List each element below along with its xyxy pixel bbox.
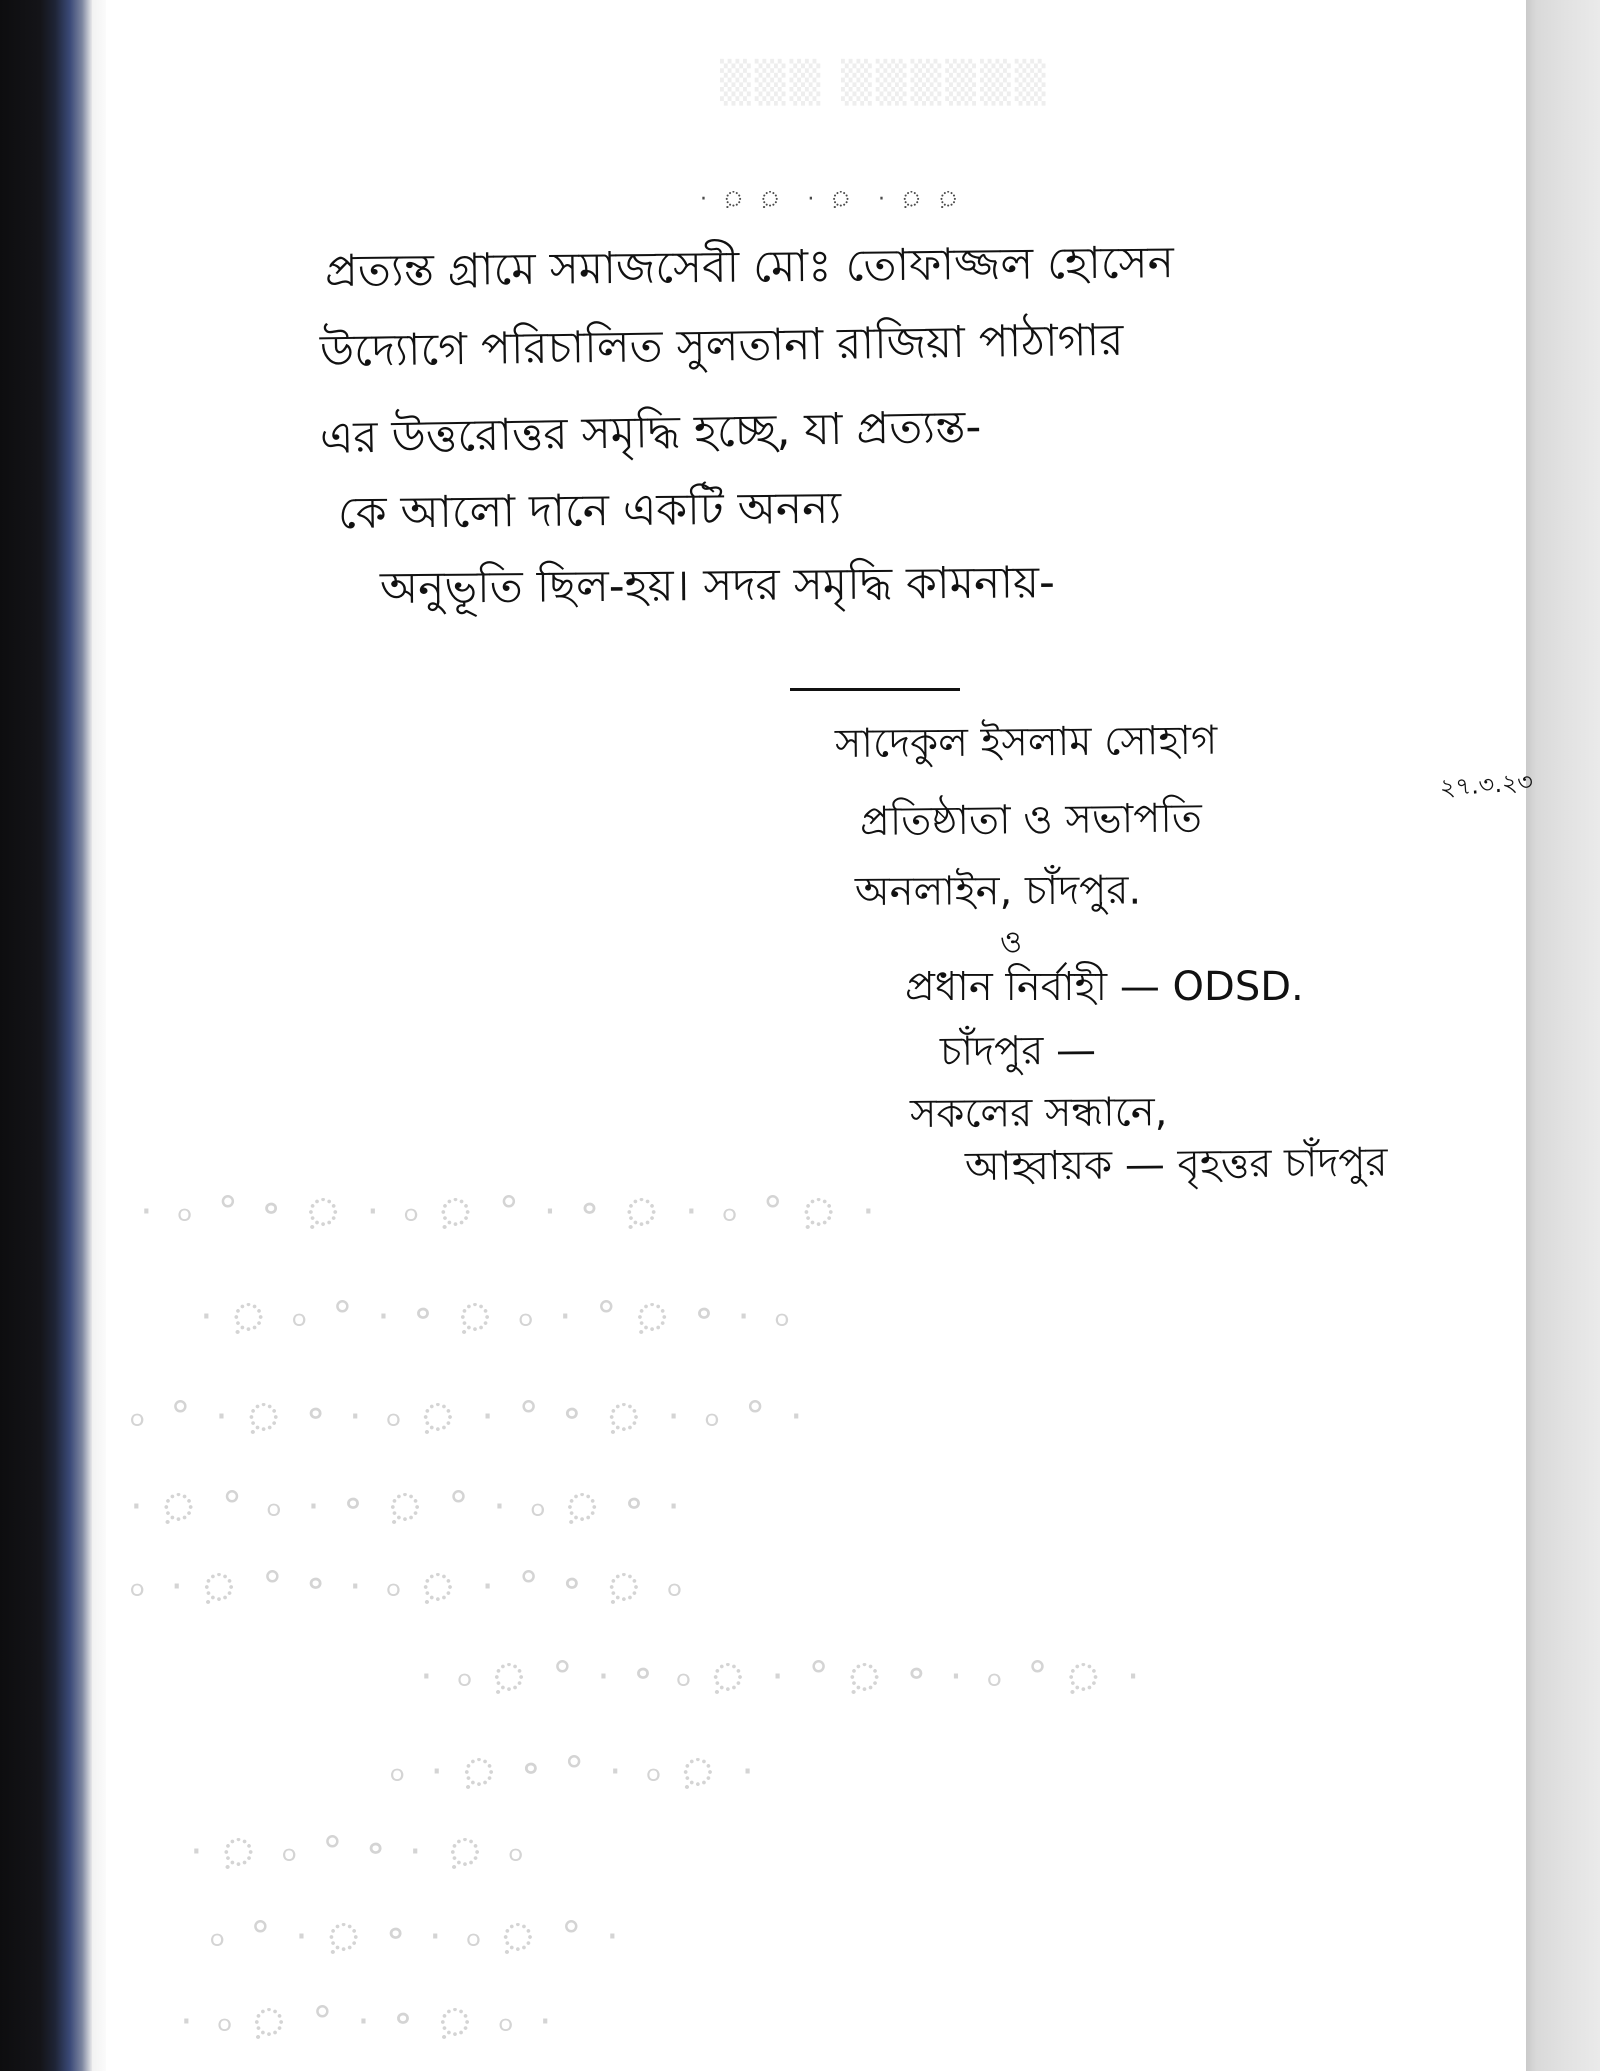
signature-org: অনলাইন, চাঁদপুর. (855, 859, 1141, 927)
body-line-3: এর উত্তরোত্তর সমৃদ্ধি হচ্ছে, যা প্রত্যন্… (319, 393, 982, 478)
faded-heading-bleed: ▒▒▒ ▒▒▒▒▒▒ (720, 60, 1050, 106)
page-edge (92, 0, 107, 2071)
bleed-through-line: ৹ ° · ় ॰ · ৹ ় ° · (210, 1905, 625, 1972)
signature-title: প্রতিষ্ঠাতা ও সভাপতি (860, 786, 1203, 857)
bleed-through-line: ৹ · ় ॰ ° · ৹ ় · (390, 1740, 760, 1807)
page-fold-shadow (1526, 0, 1600, 2071)
body-line-1: প্রত্যন্ত গ্রামে সমাজসেবী মোঃ তোফাজ্জল হ… (325, 229, 1175, 311)
bleed-through-line: · ় ৹ ° ॰ · ় ৹ (190, 1820, 530, 1887)
signature-role-2: প্রধান নির্বাহী — ODSD. (905, 955, 1304, 1022)
bleed-through-line: ৹ ° · ় ॰ · ৹ ় · ° ॰ ় · ৹ ° · (130, 1385, 809, 1452)
signature-name: সাদেকুল ইসলাম সোহাগ (835, 709, 1218, 779)
bleed-through-line: ৹ · ় ° ॰ · ৹ ় · ° ॰ ় ৹ (130, 1555, 689, 1622)
signature-role-3: আহ্বায়ক — বৃহত্তর চাঁদপুর (965, 1131, 1388, 1202)
body-line-5: অনুভূতি ছিল-হয়। সদর সমৃদ্ধি কামনায়- (380, 549, 1056, 628)
body-line-2: উদ্যোগে পরিচালিত সুলতানা রাজিয়া পাঠাগার (319, 307, 1123, 391)
bleed-through-line: · ৹ ° ॰ ় · ৹ ় ° · ॰ ় · ৹ ° ় · (140, 1180, 881, 1247)
bleed-through-line: · ৹ ় ° · ॰ ৹ ় · ° ় ॰ · ৹ ° ় · (420, 1645, 1145, 1712)
ink-specks: · ় ় · ় · ় ় (700, 182, 968, 219)
body-line-4: কে আলো দানে একটি অনন্য (338, 475, 842, 553)
bleed-through-line: · ৹ ় ° · ॰ ় ৹ · (180, 1990, 558, 2057)
bleed-through-line: · ় ৹ ° · ॰ ় ৹ · ° ় ॰ · ৹ (200, 1285, 796, 1352)
signature-date: ২৭.৩.২৩ (1439, 764, 1535, 810)
book-binding (0, 0, 92, 2071)
bleed-through-line: · ় ° ৹ · ॰ ় ° · ৹ ় ॰ · (130, 1475, 686, 1542)
signature-place-2: চাঁদপুর — (940, 1019, 1097, 1087)
divider-line (790, 688, 960, 691)
